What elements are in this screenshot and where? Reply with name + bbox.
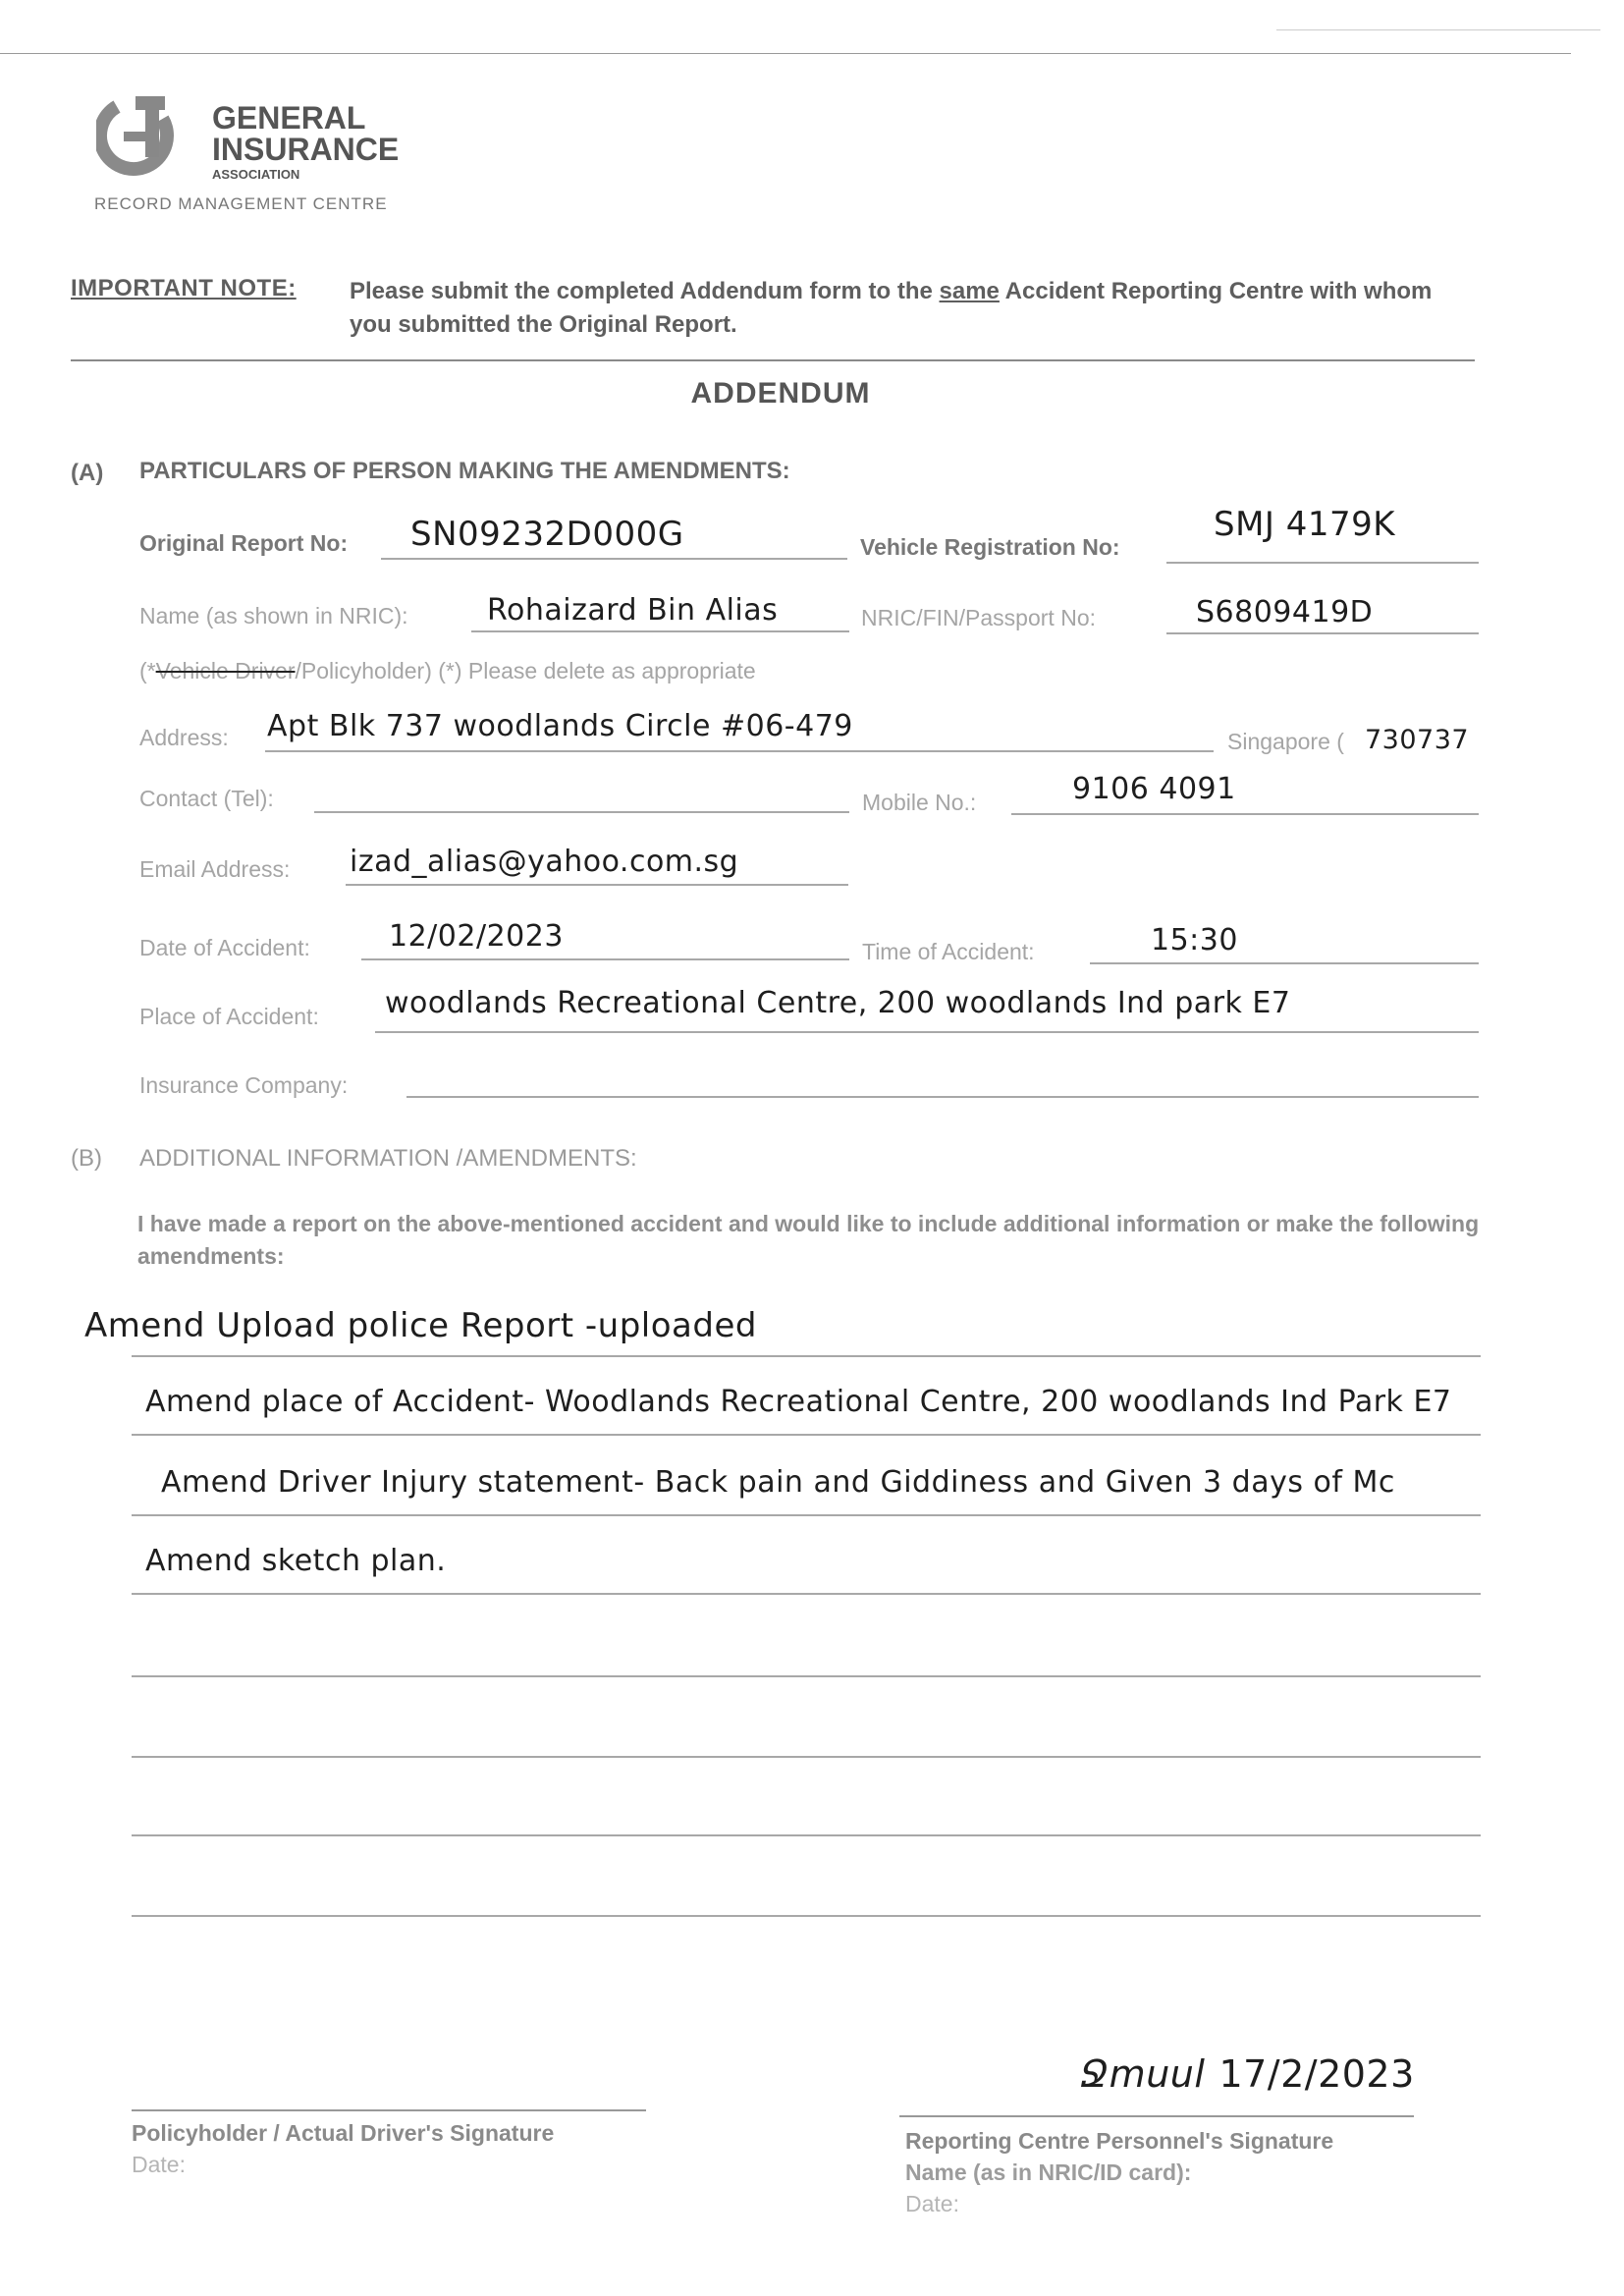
mobile-label: Mobile No.: <box>862 790 976 816</box>
signature-date: 17/2/2023 <box>1218 2052 1414 2096</box>
email-underline <box>346 884 848 886</box>
time-of-accident-value[interactable]: 15:30 <box>1151 923 1238 957</box>
original-report-value[interactable]: SN09232D000G <box>410 515 684 554</box>
time-of-accident-label: Time of Accident: <box>862 939 1035 965</box>
role-note-struck: Vehicle Driver <box>156 658 296 683</box>
original-report-label: Original Report No: <box>139 530 348 557</box>
amendment-line-rule <box>132 1915 1481 1917</box>
name-underline <box>471 630 849 632</box>
policyholder-date-label: Date: <box>132 2149 554 2180</box>
vehicle-reg-label: Vehicle Registration No: <box>860 534 1120 561</box>
mobile-value[interactable]: 9106 4091 <box>1072 772 1236 806</box>
logo-text-general: GENERAL <box>212 102 365 134</box>
logo-text-association: ASSOCIATION <box>212 167 299 182</box>
email-value[interactable]: izad_alias@yahoo.com.sg <box>350 845 738 879</box>
original-report-underline <box>381 558 847 560</box>
place-of-accident-value[interactable]: woodlands Recreational Centre, 200 woodl… <box>385 986 1290 1020</box>
vehicle-reg-underline <box>1166 562 1479 564</box>
amendment-line-text[interactable]: Amend Upload police Report -uploaded <box>84 1306 757 1345</box>
section-b-heading: ADDITIONAL INFORMATION /AMENDMENTS: <box>139 1145 637 1173</box>
signature-scribble: Ջmuul <box>1080 2052 1205 2096</box>
section-b-marker: (B) <box>71 1145 102 1173</box>
contact-tel-label: Contact (Tel): <box>139 786 274 812</box>
date-of-accident-underline <box>361 958 849 960</box>
postal-code-value[interactable]: 730737 <box>1365 725 1469 755</box>
scan-edge-line <box>0 53 1571 54</box>
vehicle-reg-value[interactable]: SMJ 4179K <box>1214 505 1395 544</box>
amendment-line-text[interactable]: Amend sketch plan. <box>145 1544 446 1578</box>
role-note-prefix: (* <box>139 658 156 683</box>
section-a-heading: PARTICULARS OF PERSON MAKING THE AMENDME… <box>139 458 790 485</box>
personnel-name-label: Name (as in NRIC/ID card): <box>905 2157 1333 2188</box>
nric-value[interactable]: S6809419D <box>1196 595 1373 629</box>
scan-edge-line <box>1276 29 1600 30</box>
insurance-company-label: Insurance Company: <box>139 1072 348 1099</box>
date-of-accident-value[interactable]: 12/02/2023 <box>389 919 564 954</box>
note-emphasis: same <box>940 278 1000 304</box>
gia-logo-mark-icon <box>96 86 175 177</box>
email-label: Email Address: <box>139 856 290 883</box>
personnel-signature-block: Reporting Centre Personnel's Signature N… <box>905 2125 1333 2219</box>
policyholder-signature-title: Policyholder / Actual Driver's Signature <box>132 2117 554 2149</box>
logo-text-insurance: INSURANCE <box>212 134 399 165</box>
amendment-line-text[interactable]: Amend place of Accident- Woodlands Recre… <box>145 1385 1452 1419</box>
logo-subtitle: RECORD MANAGEMENT CENTRE <box>94 194 388 214</box>
address-label: Address: <box>139 725 229 751</box>
amendment-line-rule <box>132 1675 1481 1677</box>
insurance-company-underline <box>406 1096 1479 1098</box>
section-a-marker: (A) <box>71 460 103 487</box>
divider <box>71 359 1475 361</box>
amendment-line-rule <box>132 1756 1481 1758</box>
mobile-underline <box>1011 813 1479 815</box>
date-of-accident-label: Date of Accident: <box>139 935 310 961</box>
amendment-line-rule <box>132 1434 1481 1436</box>
personnel-signature-title: Reporting Centre Personnel's Signature <box>905 2125 1333 2157</box>
address-value[interactable]: Apt Blk 737 woodlands Circle #06-479 <box>267 709 853 743</box>
amendment-line-rule <box>132 1593 1481 1595</box>
important-note-label: IMPORTANT NOTE: <box>71 275 297 302</box>
nric-label: NRIC/FIN/Passport No: <box>861 605 1096 631</box>
place-of-accident-label: Place of Accident: <box>139 1004 319 1030</box>
name-value[interactable]: Rohaizard Bin Alias <box>487 593 778 628</box>
role-note-rest: /Policyholder) (*) Please delete as appr… <box>296 658 756 683</box>
note-text-part: Please submit the completed Addendum for… <box>350 278 940 304</box>
nric-underline <box>1166 632 1479 634</box>
section-b-intro: I have made a report on the above-mentio… <box>137 1208 1492 1273</box>
amendment-line-text[interactable]: Amend Driver Injury statement- Back pain… <box>161 1465 1395 1500</box>
personnel-signature-handwritten[interactable]: Ջmuul17/2/2023 <box>1080 2052 1415 2096</box>
singapore-label: Singapore ( <box>1227 729 1344 755</box>
page-title: ADDENDUM <box>0 377 1561 410</box>
important-note-text: Please submit the completed Addendum for… <box>350 275 1469 342</box>
place-of-accident-underline <box>375 1031 1479 1033</box>
address-underline <box>265 750 1214 752</box>
time-of-accident-underline <box>1090 962 1479 964</box>
policyholder-signature-block: Policyholder / Actual Driver's Signature… <box>132 2117 554 2180</box>
amendment-line-rule <box>132 1834 1481 1836</box>
amendment-line-rule <box>132 1514 1481 1516</box>
amendment-line-rule <box>132 1355 1481 1357</box>
contact-tel-underline <box>314 811 849 813</box>
personnel-date-label: Date: <box>905 2188 1333 2219</box>
role-note: (*Vehicle Driver/Policyholder) (*) Pleas… <box>139 658 756 684</box>
policyholder-signature-line <box>132 2109 646 2111</box>
name-label: Name (as shown in NRIC): <box>139 603 408 629</box>
personnel-signature-line <box>899 2115 1414 2117</box>
